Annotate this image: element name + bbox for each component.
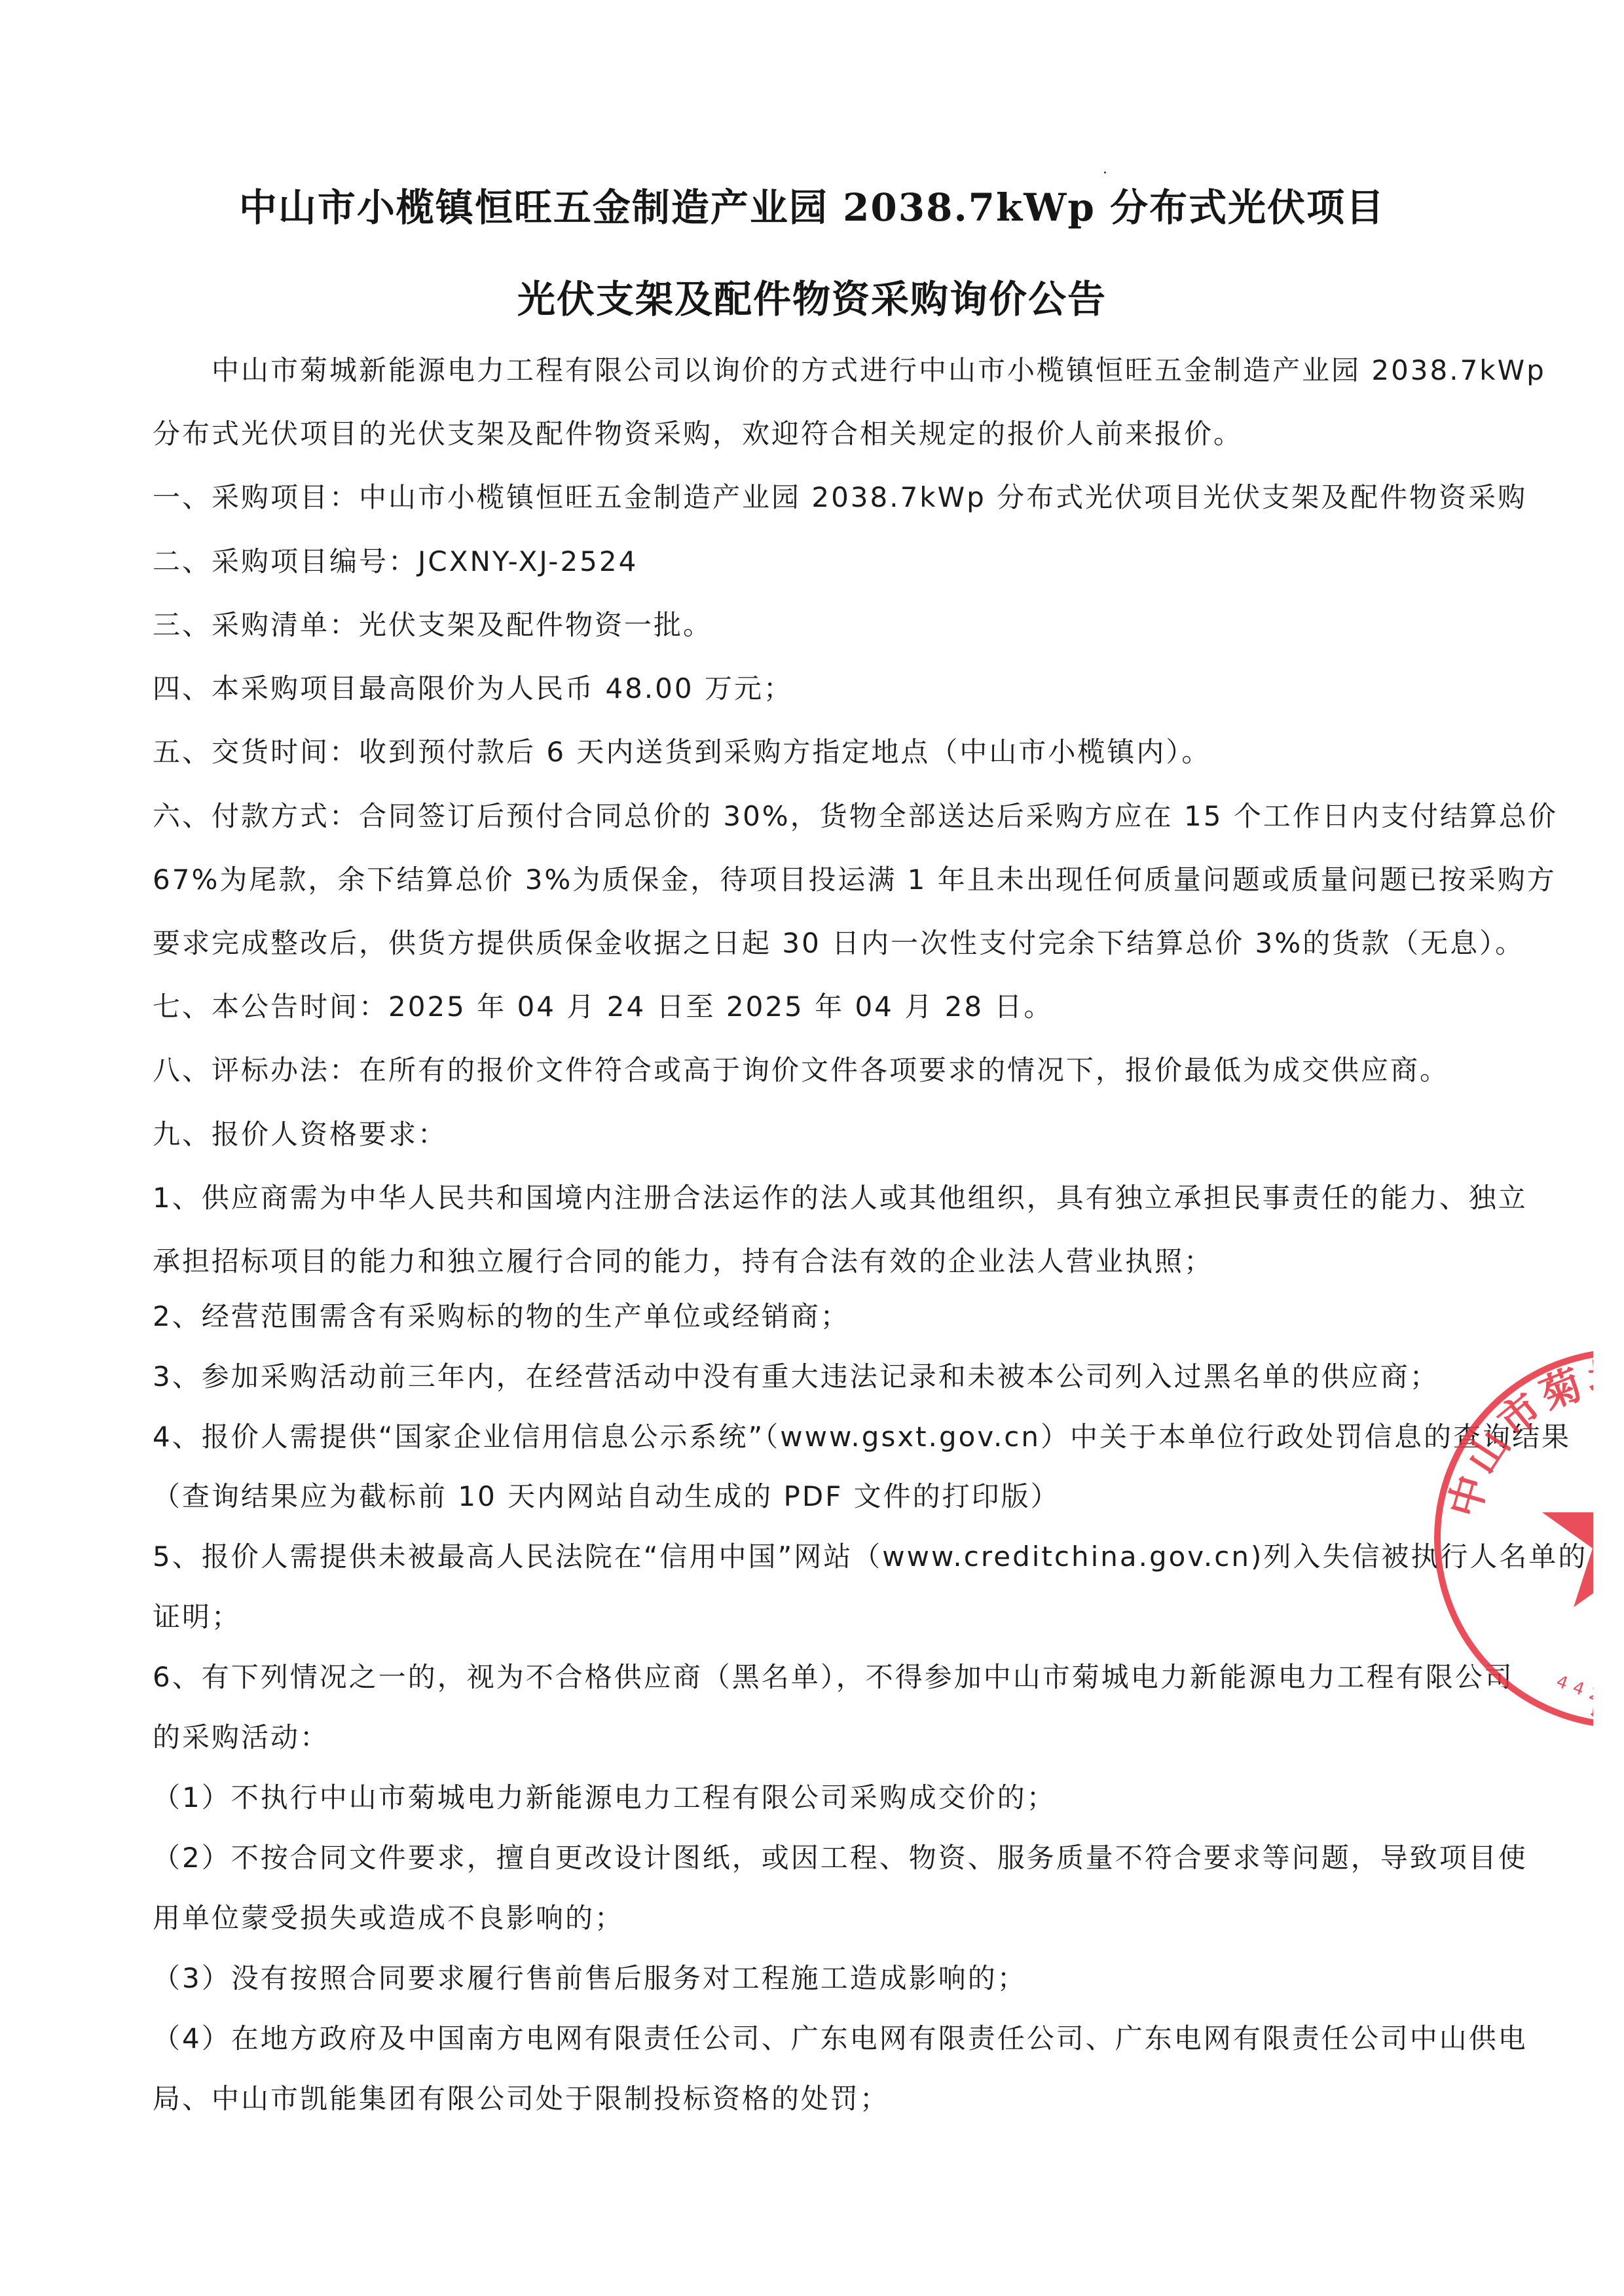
condition-3: （3）没有按照合同要求履行售前售后服务对工程施工造成影响的； [153,1965,1027,1992]
document-title-line-2: 光伏支架及配件物资采购询价公告 [0,280,1624,318]
condition-1: （1）不执行中山市菊城电力新能源电力工程有限公司采购成交价的； [153,1784,1056,1812]
seal-code: 442 [1554,1671,1593,1707]
condition-4-line-1: （4）在地方政府及中国南方电网有限责任公司、广东电网有限责任公司、广东电网有限责… [153,2025,1528,2052]
requirement-3: 3、参加采购活动前三年内，在经营活动中没有重大违法记录和未被本公司列入过黑名单的… [153,1363,1439,1391]
section-payment-line-1: 六、付款方式：合同签订后预付合同总价的 30%，货物全部送达后采购方应在 15 … [153,803,1558,830]
section-procurement-list: 三、采购清单：光伏支架及配件物资一批。 [153,611,712,639]
section-payment-line-3: 要求完成整改后，供货方提供质保金收据之日起 30 日内一次性支付完余下结算总价 … [153,930,1524,957]
section-announcement-period: 七、本公告时间：2025 年 04 月 24 日至 2025 年 04 月 28… [153,993,1053,1021]
section-project-number: 二、采购项目编号：JCXNY-XJ-2524 [153,548,638,575]
document-page: 中山市小榄镇恒旺五金制造产业园 2038.7kWp 分布式光伏项目 光伏支架及配… [0,0,1624,2296]
requirement-5-line-2: 证明； [153,1603,241,1631]
section-delivery-time: 五、交货时间：收到预付款后 6 天内送货到采购方指定地点（中山市小榄镇内）。 [153,738,1211,766]
section-qualification-heading: 九、报价人资格要求： [153,1121,447,1148]
requirement-6-line-1: 6、有下列情况之一的，视为不合格供应商（黑名单），不得参加中山市菊城电力新能源电… [153,1664,1514,1691]
section-procurement-item: 一、采购项目：中山市小榄镇恒旺五金制造产业园 2038.7kWp 分布式光伏项目… [153,484,1527,511]
scan-speck [1104,172,1106,173]
requirement-5-line-1: 5、报价人需提供未被最高人民法院在“信用中国”网站（www.creditchin… [153,1543,1587,1571]
intro-line-1: 中山市菊城新能源电力工程有限公司以询价的方式进行中山市小榄镇恒旺五金制造产业园 … [153,357,1546,384]
requirement-1-line-2: 承担招标项目的能力和独立履行合同的能力，持有合法有效的企业法人营业执照； [153,1248,1213,1275]
requirement-2: 2、经营范围需含有采购标的物的生产单位或经销商； [153,1303,850,1330]
condition-2-line-1: （2）不按合同文件要求，擅自更改设计图纸，或因工程、物资、服务质量不符合要求等问… [153,1844,1528,1872]
requirement-6-line-2: 的采购活动： [153,1724,329,1751]
section-max-price: 四、本采购项目最高限价为人民币 48.00 万元； [153,675,793,702]
intro-line-2: 分布式光伏项目的光伏支架及配件物资采购，欢迎符合相关规定的报价人前来报价。 [153,420,1243,448]
condition-2-line-2: 用单位蒙受损失或造成不良影响的； [153,1904,624,1932]
condition-4-line-2: 局、中山市凯能集团有限公司处于限制投标资格的处罚； [153,2085,889,2113]
requirement-4-line-1: 4、报价人需提供“国家企业信用信息公示系统”（www.gsxt.gov.cn）中… [153,1423,1571,1451]
requirement-4-line-2: （查询结果应为截标前 10 天内网站自动生成的 PDF 文件的打印版） [153,1483,1060,1510]
document-title-line-1: 中山市小榄镇恒旺五金制造产业园 2038.7kWp 分布式光伏项目 [0,189,1624,227]
section-payment-line-2: 67%为尾款，余下结算总价 3%为质保金，待项目投运满 1 年且未出现任何质量问… [153,866,1557,894]
section-evaluation-method: 八、评标办法：在所有的报价文件符合或高于询价文件各项要求的情况下，报价最低为成交… [153,1057,1449,1084]
requirement-1-line-1: 1、供应商需为中华人民共和国境内注册合法运作的法人或其他组织，具有独立承担民事责… [153,1184,1528,1212]
